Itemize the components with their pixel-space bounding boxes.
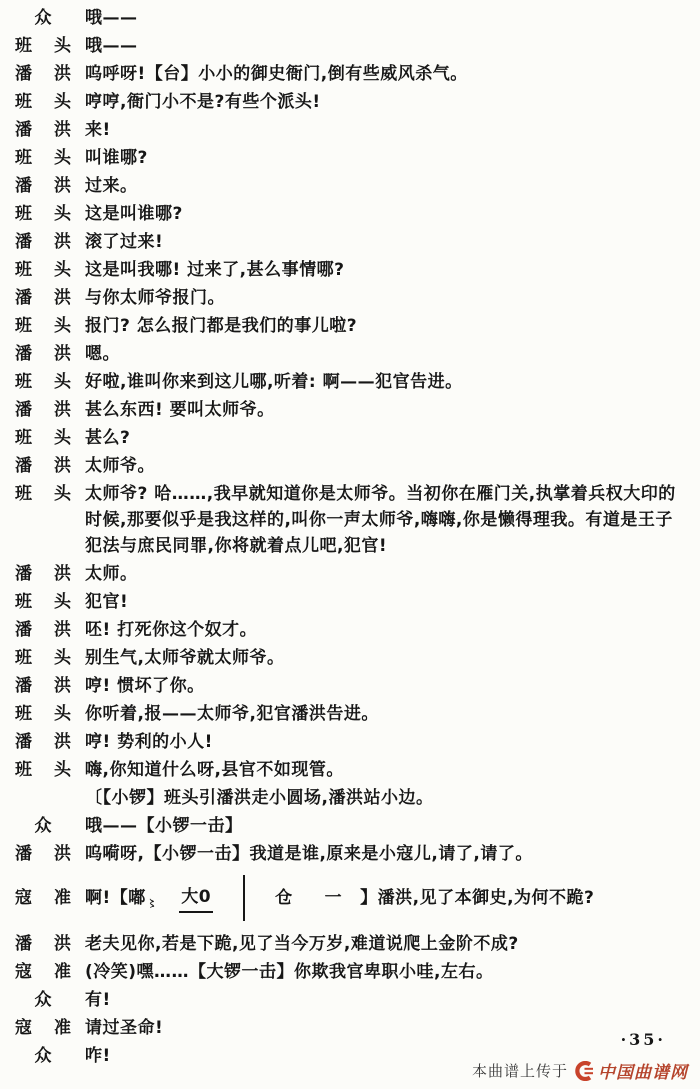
speaker-label: 班头: [15, 313, 71, 339]
stage-direction-text: 〔【小锣】班头引潘洪走小圆场,潘洪站小边。: [85, 785, 686, 811]
speaker-char: 洪: [54, 841, 71, 867]
speaker-char: 潘: [15, 561, 32, 587]
speaker-label: 潘洪: [15, 561, 71, 587]
script-line: 潘洪呸! 打死你这个奴才。: [15, 617, 686, 643]
dialogue-segment: 仓: [275, 885, 293, 911]
speaker-char: 头: [54, 313, 71, 339]
speaker-char: 班: [15, 89, 32, 115]
script-line: 班头甚么?: [15, 425, 686, 451]
speaker-char: 准: [54, 885, 71, 911]
speaker-char: 班: [15, 257, 32, 283]
speaker-label: 潘洪: [15, 173, 71, 199]
dialogue-text: 呜嗬呀,【小锣一击】我道是谁,原来是小寇儿,请了,请了。: [85, 841, 686, 867]
script-line: 班头好啦,谁叫你来到这儿哪,听着: 啊——犯官告进。: [15, 369, 686, 395]
script-line: 寇准啊!【嘟〻大0仓一】潘洪,见了本御史,为何不跪?: [15, 875, 686, 921]
speaker-char: 潘: [15, 931, 32, 957]
dialogue-text: 请过圣命!: [85, 1015, 686, 1041]
music-score-site-logo-icon: [575, 1061, 595, 1081]
dialogue-text: 甚么东西! 要叫太师爷。: [85, 397, 686, 423]
script-line: 寇准(冷笑)嘿……【大锣一击】你欺我官卑职小哇,左右。: [15, 959, 686, 985]
speaker-label: 班头: [15, 33, 71, 59]
dialogue-text: 你听着,报——太师爷,犯官潘洪告进。: [85, 701, 686, 727]
speaker-char: 头: [54, 201, 71, 227]
speaker-char: 班: [15, 425, 32, 451]
dialogue-text: 太师爷。: [85, 453, 686, 479]
speaker-char: 潘: [15, 453, 32, 479]
dialogue-text: 太师。: [85, 561, 686, 587]
script-line: 班头报门? 怎么报门都是我们的事儿啦?: [15, 313, 686, 339]
script-line: 班头哦——: [15, 33, 686, 59]
percussion-repeat-mark: 〻: [147, 892, 158, 918]
speaker-label: 班头: [15, 425, 71, 451]
dialogue-text: 哦——: [85, 5, 686, 31]
speaker-char: 头: [54, 369, 71, 395]
speaker-label: 潘洪: [15, 397, 71, 423]
speaker-char: 班: [15, 645, 32, 671]
script-line: 班头哼哼,衙门小不是?有些个派头!: [15, 89, 686, 115]
speaker-char: 洪: [54, 173, 71, 199]
script-line: 潘洪嗯。: [15, 341, 686, 367]
notation-gap: [342, 898, 360, 899]
speaker-char: 洪: [54, 397, 71, 423]
speaker-char: 头: [54, 33, 71, 59]
dialogue-text: 哼! 势利的小人!: [85, 729, 686, 755]
script-line: 众哦——: [15, 5, 686, 31]
script-line: 班头太师爷? 哈……,我早就知道你是太师爷。当初你在雁门关,执掌着兵权大印的时候…: [15, 481, 686, 559]
speaker-label: 班头: [15, 257, 71, 283]
dialogue-text: 过来。: [85, 173, 686, 199]
speaker-label: 众: [15, 987, 71, 1013]
speaker-char: 潘: [15, 341, 32, 367]
script-line: 潘洪呜呼呀!【台】小小的御史衙门,倒有些威风杀气。: [15, 61, 686, 87]
speaker-char: 潘: [15, 285, 32, 311]
dialogue-text: 哦——【小锣一击】: [85, 813, 686, 839]
script-line: 众哦——【小锣一击】: [15, 813, 686, 839]
dialogue-text: 叫谁哪?: [85, 145, 686, 171]
dialogue-text: 有!: [85, 987, 686, 1013]
speaker-label: 潘洪: [15, 931, 71, 957]
speaker-char: 洪: [54, 561, 71, 587]
script-body: 众哦——班头哦——潘洪呜呼呀!【台】小小的御史衙门,倒有些威风杀气。班头哼哼,衙…: [0, 0, 700, 1069]
speaker-char: 洪: [54, 617, 71, 643]
dialogue-text: 这是叫我哪! 过来了,甚么事情哪?: [85, 257, 686, 283]
speaker-char: 众: [35, 5, 52, 31]
speaker-char: 潘: [15, 173, 32, 199]
speaker-char: 洪: [54, 341, 71, 367]
speaker-label: 潘洪: [15, 341, 71, 367]
script-line: 潘洪太师。: [15, 561, 686, 587]
script-line: 班头别生气,太师爷就太师爷。: [15, 645, 686, 671]
dialogue-text: 啊!【嘟〻大0仓一】潘洪,见了本御史,为何不跪?: [85, 875, 686, 921]
dialogue-text: 报门? 怎么报门都是我们的事儿啦?: [85, 313, 686, 339]
speaker-char: 头: [54, 89, 71, 115]
speaker-char: 头: [54, 481, 71, 507]
speaker-char: 潘: [15, 117, 32, 143]
dialogue-text: 犯官!: [85, 589, 686, 615]
speaker-label: 班头: [15, 701, 71, 727]
script-line: 班头叫谁哪?: [15, 145, 686, 171]
speaker-char: 众: [35, 987, 52, 1013]
speaker-char: 潘: [15, 61, 32, 87]
script-line: 潘洪来!: [15, 117, 686, 143]
speaker-label: 潘洪: [15, 841, 71, 867]
notation-gap: [245, 898, 275, 899]
script-line: 众有!: [15, 987, 686, 1013]
dialogue-text: 呜呼呀!【台】小小的御史衙门,倒有些威风杀气。: [85, 61, 686, 87]
script-line: 班头嗨,你知道什么呀,县官不如现管。: [15, 757, 686, 783]
speaker-char: 潘: [15, 673, 32, 699]
script-line: 寇准请过圣命!: [15, 1015, 686, 1041]
speaker-char: 潘: [15, 729, 32, 755]
dialogue-text: 哼! 惯坏了你。: [85, 673, 686, 699]
speaker-char: 洪: [54, 285, 71, 311]
speaker-char: 洪: [54, 729, 71, 755]
speaker-char: 洪: [54, 453, 71, 479]
speaker-char: 准: [54, 1015, 71, 1041]
dialogue-segment: 】潘洪,见了本御史,为何不跪?: [360, 885, 594, 911]
speaker-char: 洪: [54, 61, 71, 87]
speaker-char: 头: [54, 645, 71, 671]
script-line: 潘洪老夫见你,若是下跪,见了当今万岁,难道说爬上金阶不成?: [15, 931, 686, 957]
notation-gap: [157, 898, 179, 899]
dialogue-text: 呸! 打死你这个奴才。: [85, 617, 686, 643]
speaker-char: 潘: [15, 841, 32, 867]
speaker-label: 众: [15, 813, 71, 839]
speaker-char: 寇: [15, 1015, 32, 1041]
speaker-label: 寇准: [15, 1015, 71, 1041]
speaker-char: 洪: [54, 673, 71, 699]
dialogue-text: 这是叫谁哪?: [85, 201, 686, 227]
speaker-char: 班: [15, 145, 32, 171]
notation-gap: [293, 898, 325, 899]
speaker-label: 潘洪: [15, 453, 71, 479]
speaker-label: 班头: [15, 369, 71, 395]
dialogue-segment: 一: [325, 885, 343, 911]
speaker-char: 班: [15, 701, 32, 727]
speaker-char: 班: [15, 33, 32, 59]
speaker-char: 班: [15, 481, 32, 507]
speaker-char: 班: [15, 313, 32, 339]
speaker-label: 班头: [15, 589, 71, 615]
speaker-char: 准: [54, 959, 71, 985]
script-line: 潘洪甚么东西! 要叫太师爷。: [15, 397, 686, 423]
speaker-label: 班头: [15, 481, 71, 507]
dialogue-text: 嗯。: [85, 341, 686, 367]
speaker-label: 班头: [15, 145, 71, 171]
speaker-label: 众: [15, 5, 71, 31]
dialogue-text: 滚了过来!: [85, 229, 686, 255]
speaker-char: 头: [54, 145, 71, 171]
watermark-prefix-text: 本曲谱上传于: [472, 1060, 568, 1081]
script-line: 潘洪滚了过来!: [15, 229, 686, 255]
speaker-char: 头: [54, 425, 71, 451]
dialogue-text: 嗨,你知道什么呀,县官不如现管。: [85, 757, 686, 783]
speaker-char: 潘: [15, 397, 32, 423]
script-line: 潘洪过来。: [15, 173, 686, 199]
speaker-label: 潘洪: [15, 117, 71, 143]
site-brand: 中国曲谱网: [575, 1058, 688, 1083]
dialogue-segment: 啊!【嘟: [85, 885, 146, 911]
speaker-label: 班头: [15, 645, 71, 671]
script-line: 班头你听着,报——太师爷,犯官潘洪告进。: [15, 701, 686, 727]
script-line: 潘洪哼! 惯坏了你。: [15, 673, 686, 699]
speaker-label: 众: [15, 1043, 71, 1069]
speaker-label: 潘洪: [15, 617, 71, 643]
dialogue-text: 与你太师爷报门。: [85, 285, 686, 311]
speaker-char: 潘: [15, 617, 32, 643]
speaker-char: 班: [15, 201, 32, 227]
script-line: 班头这是叫谁哪?: [15, 201, 686, 227]
speaker-char: 众: [35, 813, 52, 839]
percussion-underlined: 大0: [179, 884, 213, 913]
script-line: 潘洪哼! 势利的小人!: [15, 729, 686, 755]
speaker-char: 洪: [54, 229, 71, 255]
speaker-char: 头: [54, 257, 71, 283]
stage-direction-line: 〔【小锣】班头引潘洪走小圆场,潘洪站小边。: [15, 785, 686, 811]
dialogue-text: 哦——: [85, 33, 686, 59]
speaker-char: 洪: [54, 931, 71, 957]
script-line: 班头这是叫我哪! 过来了,甚么事情哪?: [15, 257, 686, 283]
dialogue-text: 别生气,太师爷就太师爷。: [85, 645, 686, 671]
site-name: 中国曲谱网: [598, 1058, 688, 1083]
script-line: 潘洪太师爷。: [15, 453, 686, 479]
speaker-char: 班: [15, 757, 32, 783]
speaker-label: 班头: [15, 201, 71, 227]
dialogue-text: 老夫见你,若是下跪,见了当今万岁,难道说爬上金阶不成?: [85, 931, 686, 957]
notation-gap: [213, 898, 243, 899]
script-line: 潘洪与你太师爷报门。: [15, 285, 686, 311]
speaker-label: 潘洪: [15, 61, 71, 87]
dialogue-text: (冷笑)嘿……【大锣一击】你欺我官卑职小哇,左右。: [85, 959, 686, 985]
speaker-char: 洪: [54, 117, 71, 143]
speaker-label: 潘洪: [15, 729, 71, 755]
speaker-char: 头: [54, 701, 71, 727]
script-line: 潘洪呜嗬呀,【小锣一击】我道是谁,原来是小寇儿,请了,请了。: [15, 841, 686, 867]
dialogue-text: 好啦,谁叫你来到这儿哪,听着: 啊——犯官告进。: [85, 369, 686, 395]
speaker-char: 头: [54, 589, 71, 615]
speaker-char: 寇: [15, 959, 32, 985]
speaker-label: 班头: [15, 89, 71, 115]
speaker-label: 班头: [15, 757, 71, 783]
speaker-label: 潘洪: [15, 285, 71, 311]
speaker-char: 寇: [15, 885, 32, 911]
speaker-label: 潘洪: [15, 673, 71, 699]
page-number: ·35·: [621, 1030, 666, 1049]
dialogue-text: 太师爷? 哈……,我早就知道你是太师爷。当初你在雁门关,执掌着兵权大印的时候,那…: [85, 481, 686, 559]
upload-watermark: 本曲谱上传于 中国曲谱网: [472, 1058, 688, 1083]
speaker-char: 班: [15, 369, 32, 395]
speaker-label: 寇准: [15, 959, 71, 985]
speaker-label: 寇准: [15, 885, 71, 911]
dialogue-text: 甚么?: [85, 425, 686, 451]
dialogue-text: 来!: [85, 117, 686, 143]
speaker-label: 潘洪: [15, 229, 71, 255]
speaker-char: 潘: [15, 229, 32, 255]
speaker-char: 众: [35, 1043, 52, 1069]
dialogue-text: 哼哼,衙门小不是?有些个派头!: [85, 89, 686, 115]
speaker-char: 头: [54, 757, 71, 783]
speaker-char: 班: [15, 589, 32, 615]
script-line: 班头犯官!: [15, 589, 686, 615]
